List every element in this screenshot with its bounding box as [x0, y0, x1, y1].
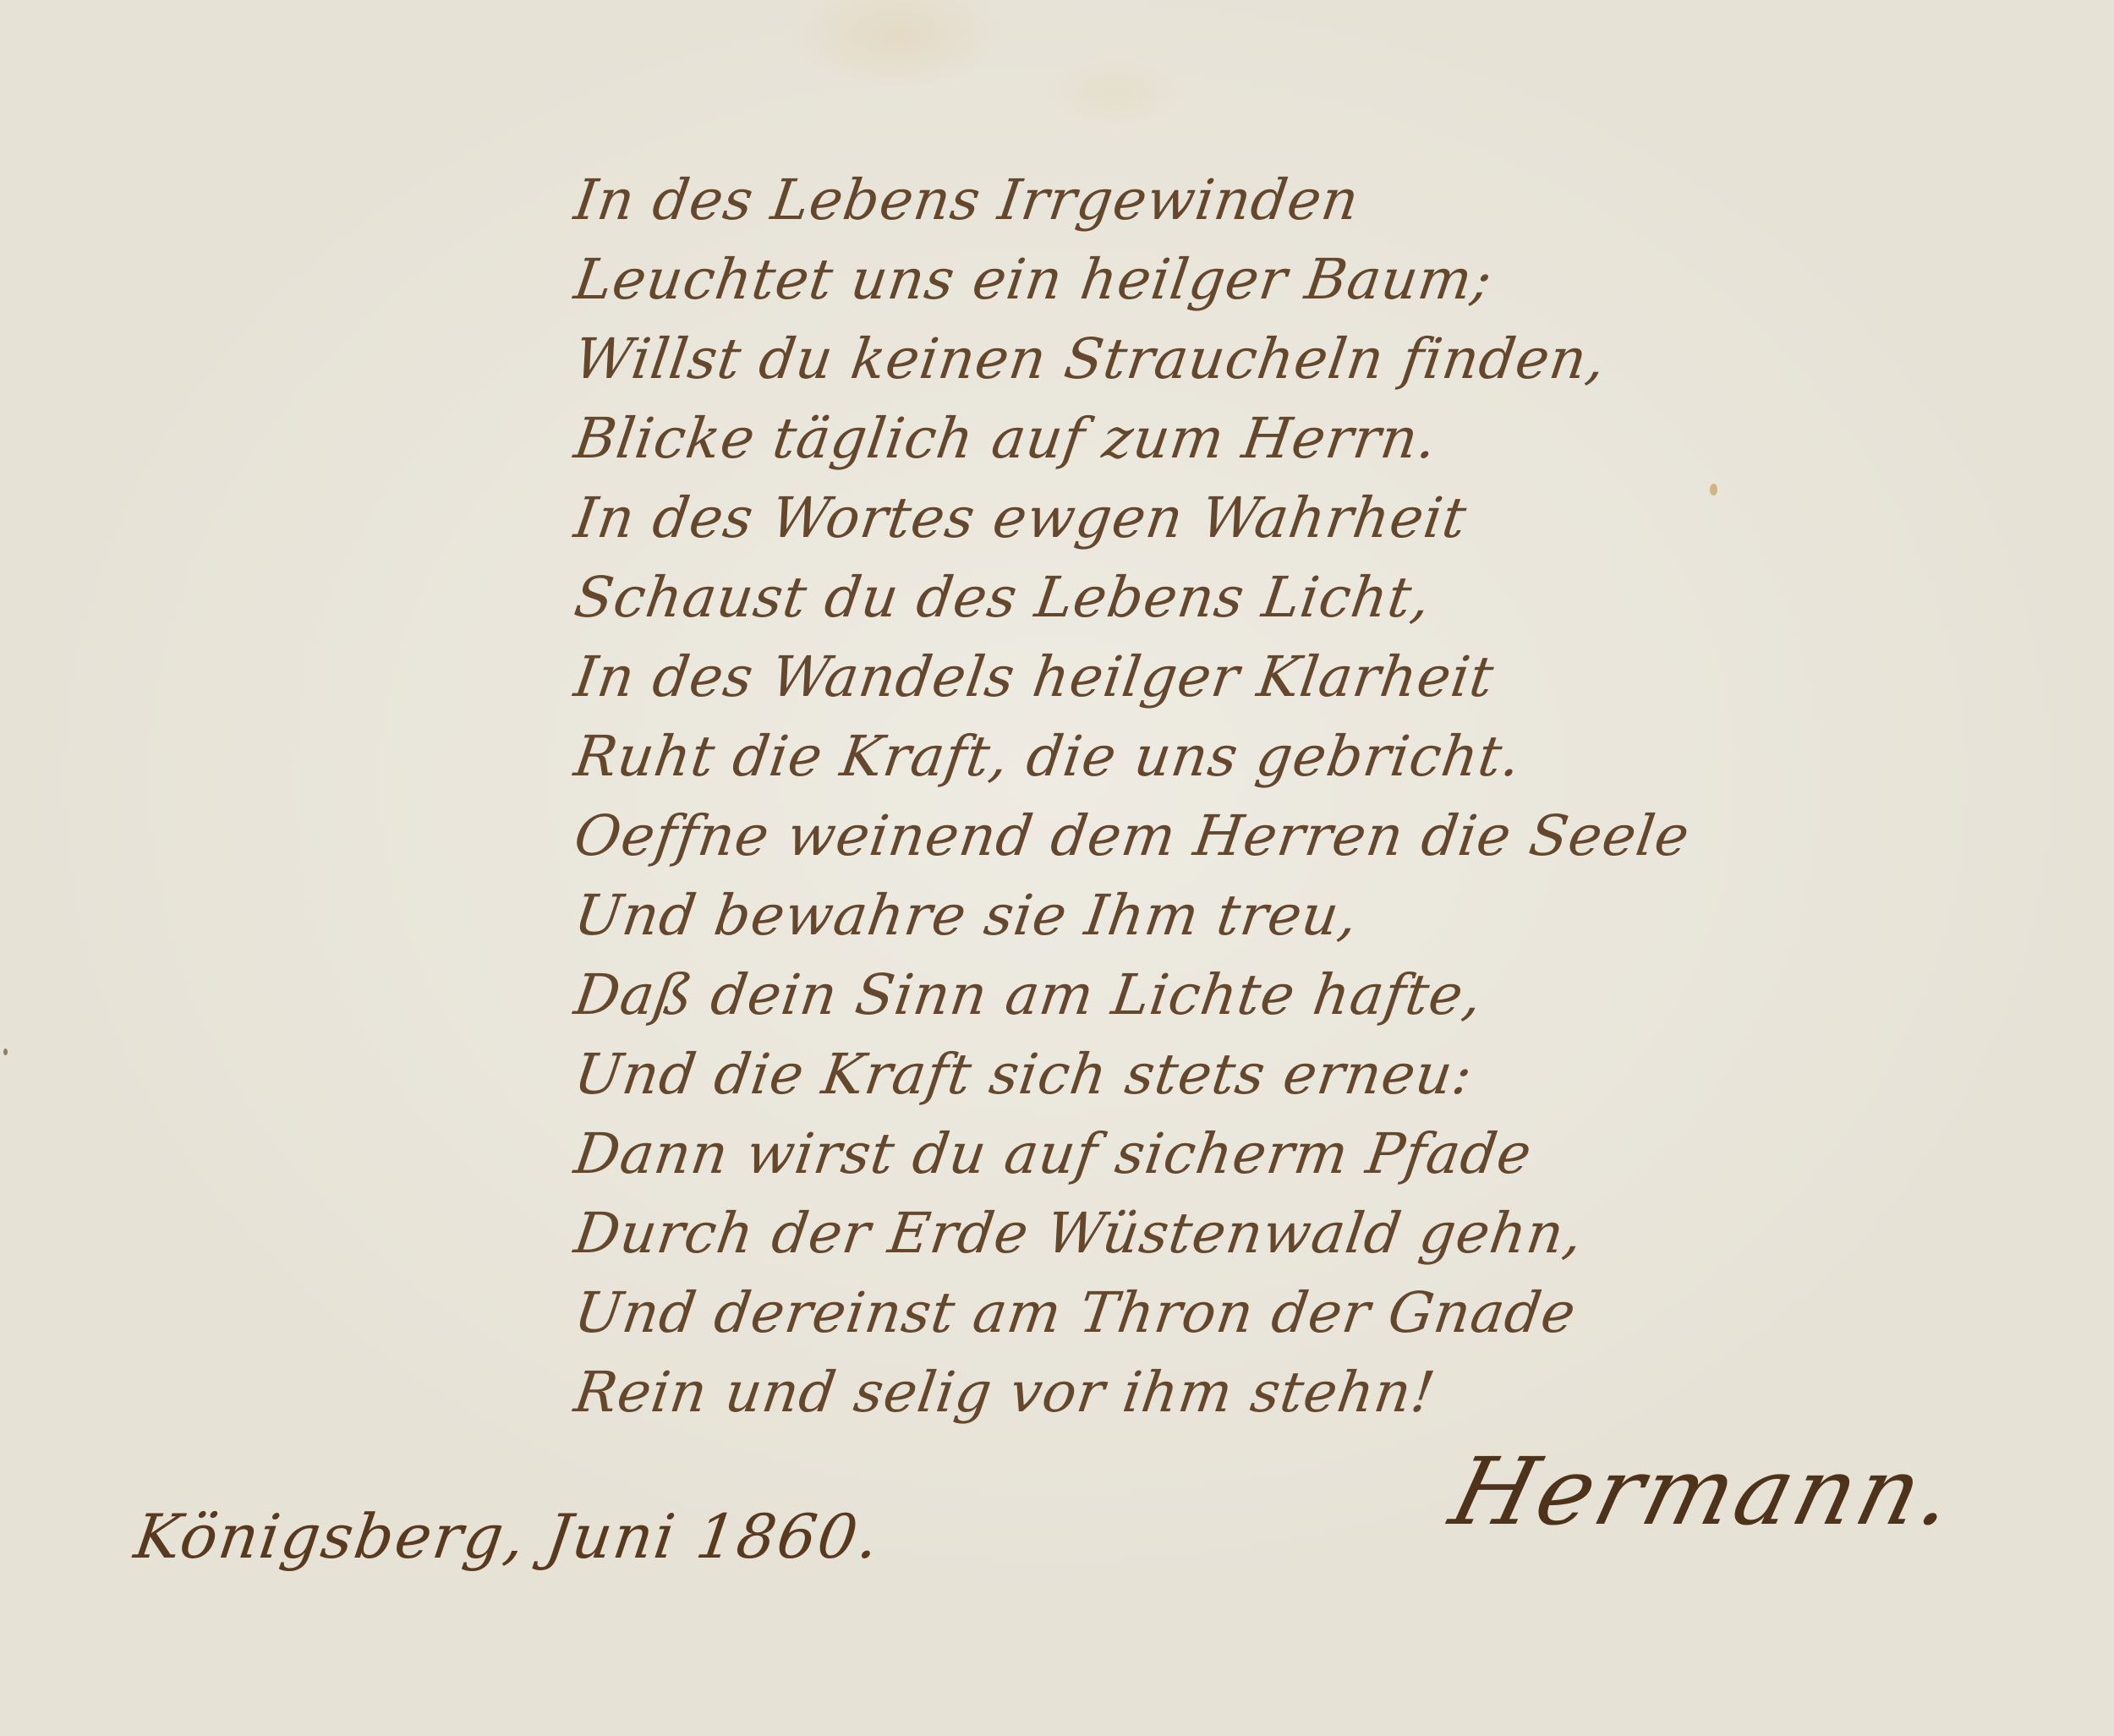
poem-line: Und dereinst am Thron der Gnade — [569, 1273, 1848, 1353]
ink-stain — [3, 1049, 8, 1055]
poem-line: Daß dein Sinn am Lichte hafte, — [569, 956, 1848, 1035]
poem-line: In des Lebens Irrgewinden — [569, 161, 1848, 240]
poem-line: Willst du keinen Straucheln finden, — [569, 320, 1848, 399]
poem-line: Durch der Erde Wüstenwald gehn, — [569, 1194, 1848, 1273]
poem-line: Blicke täglich auf zum Herrn. — [569, 399, 1848, 479]
poem-line: In des Wandels heilger Klarheit — [569, 638, 1848, 717]
poem-line: In des Wortes ewgen Wahrheit — [569, 479, 1848, 558]
poem-line: Oeffne weinend dem Herren die Seele — [569, 797, 1848, 876]
poem-line: Ruht die Kraft, die uns gebricht. — [569, 717, 1848, 797]
poem-line: Und bewahre sie Ihm treu, — [569, 876, 1848, 956]
place-date-line: Königsberg, Juni 1860. — [130, 1501, 884, 1572]
poem-line: Dann wirst du auf sicherm Pfade — [569, 1114, 1848, 1194]
poem-line: Und die Kraft sich stets erneu: — [569, 1035, 1848, 1114]
poem-line: Schaust du des Lebens Licht, — [569, 558, 1848, 638]
poem-body: In des Lebens Irrgewinden Leuchtet uns e… — [575, 161, 1843, 1432]
signature: Hermann. — [1441, 1438, 1969, 1546]
poem-line: Rein und selig vor ihm stehn! — [569, 1353, 1848, 1432]
poem-line: Leuchtet uns ein heilger Baum; — [569, 240, 1848, 320]
